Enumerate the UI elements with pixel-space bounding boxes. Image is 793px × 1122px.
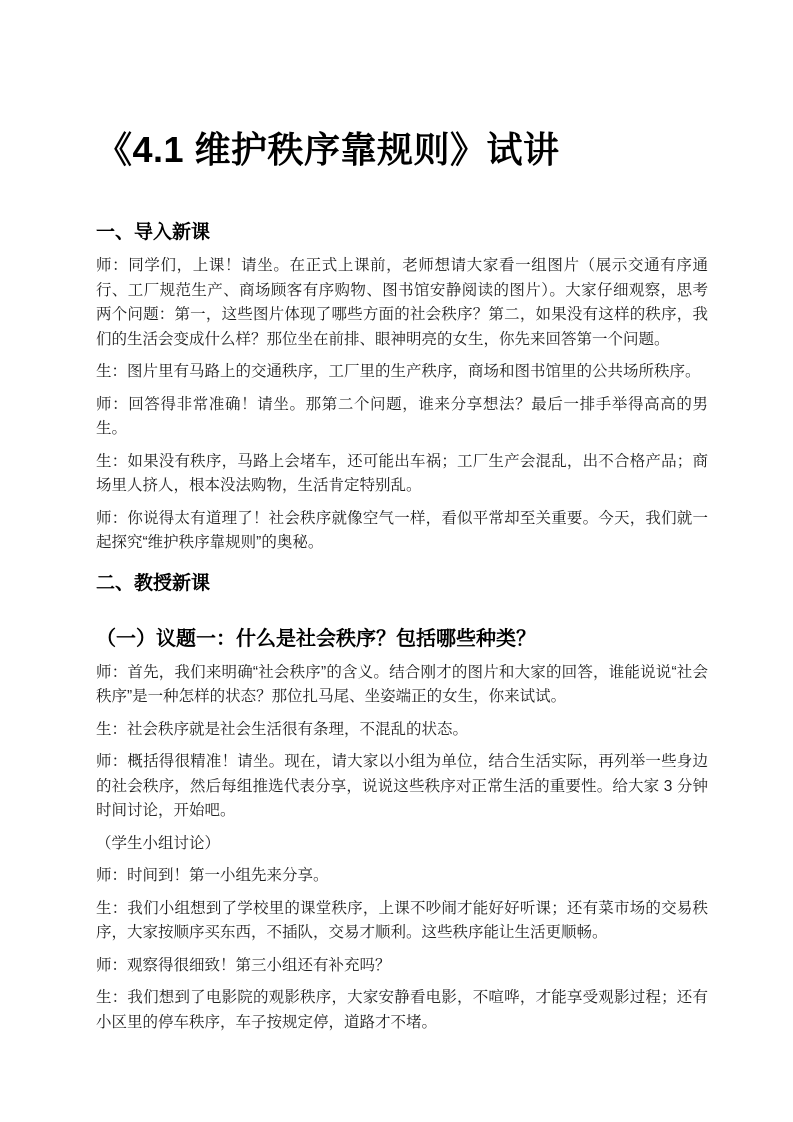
student-line: 生：如果没有秩序，马路上会堵车，还可能出车祸；工厂生产会混乱，出不合格产品；商场… <box>96 450 708 499</box>
teacher-line: 师：你说得太有道理了！社会秩序就像空气一样，看似平常却至关重要。今天，我们就一起… <box>96 507 708 556</box>
stage-direction: （学生小组讨论） <box>96 832 708 857</box>
document-title: 《4.1 维护秩序靠规则》试讲 <box>96 126 708 174</box>
teacher-line: 师：观察得很细致！第三小组还有补充吗？ <box>96 954 708 979</box>
subsection-heading-topic-one: （一）议题一：什么是社会秩序？包括哪些种类？ <box>96 625 708 653</box>
teacher-line: 师：回答得非常准确！请坐。那第二个问题，谁来分享想法？最后一排手举得高高的男生。 <box>96 393 708 442</box>
teacher-line: 师：时间到！第一小组先来分享。 <box>96 864 708 889</box>
teacher-line: 师：同学们，上课！请坐。在正式上课前，老师想请大家看一组图片（展示交通有序通行、… <box>96 254 708 352</box>
student-line: 生：我们小组想到了学校里的课堂秩序，上课不吵闹才能好好听课；还有菜市场的交易秩序… <box>96 897 708 946</box>
teacher-line: 师：概括得很精准！请坐。现在，请大家以小组为单位，结合生活实际，再列举一些身边的… <box>96 750 708 824</box>
section-heading-teaching: 二、教授新课 <box>96 570 708 597</box>
teacher-line: 师：首先，我们来明确“社会秩序”的含义。结合刚才的图片和大家的回答，谁能说说“社… <box>96 661 708 710</box>
student-line: 生：图片里有马路上的交通秩序，工厂里的生产秩序，商场和图书馆里的公共场所秩序。 <box>96 360 708 385</box>
section-heading-intro: 一、导入新课 <box>96 219 708 246</box>
document-page: 《4.1 维护秩序靠规则》试讲 一、导入新课 师：同学们，上课！请坐。在正式上课… <box>0 0 793 1122</box>
student-line: 生：我们想到了电影院的观影秩序，大家安静看电影，不喧哗，才能享受观影过程；还有小… <box>96 986 708 1035</box>
student-line: 生：社会秩序就是社会生活很有条理，不混乱的状态。 <box>96 718 708 743</box>
